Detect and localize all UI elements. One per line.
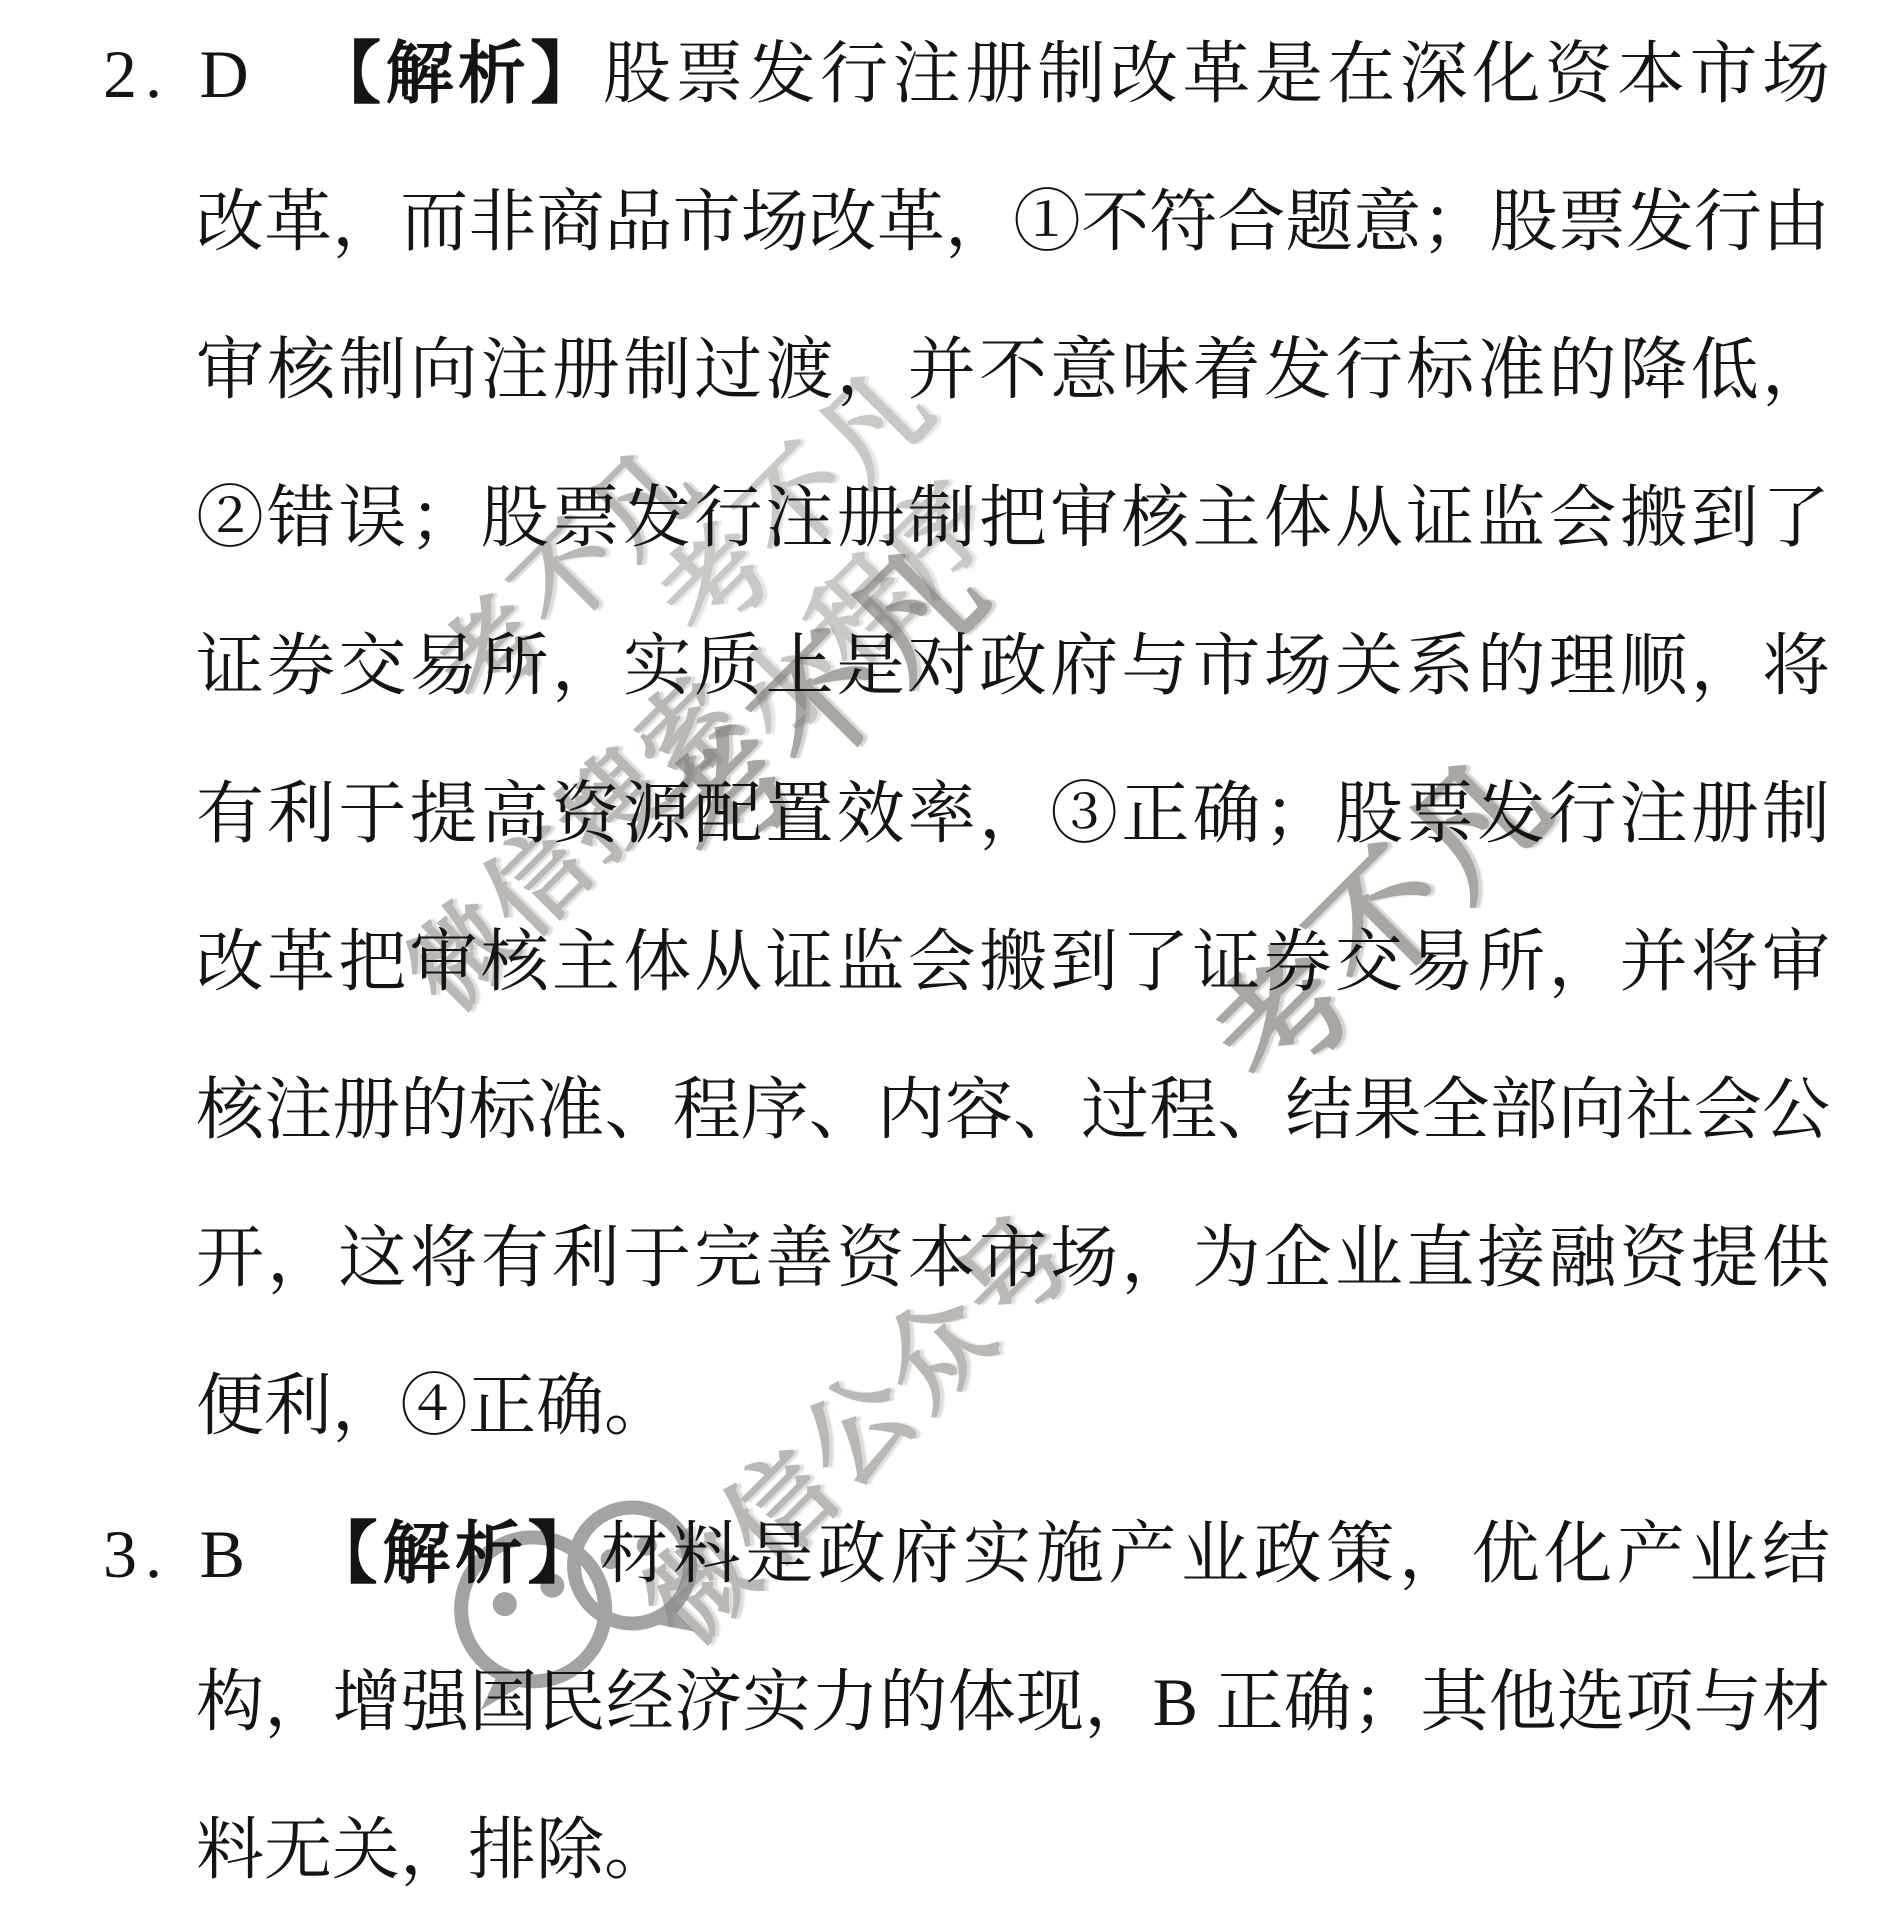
explanation-text: 核注册的标准、程序、内容、过程、结果全部向社会公 xyxy=(196,1072,1830,1148)
explanation-text: 料无关，排除。 xyxy=(196,1812,672,1888)
answer-line: 证券交易所，实质上是对政府与市场关系的理顺，将 xyxy=(196,592,1830,740)
question-number-and-answer: 3. B xyxy=(103,1516,253,1592)
answer-line: ②错误；股票发行注册制把审核主体从证监会搬到了 xyxy=(196,444,1830,592)
explanation-text: 构，增强国民经济实力的体现，B 正确；其他选项与材 xyxy=(196,1664,1830,1740)
answer-sheet-page: 考不凡 考不凡 考不凡 微信搜索 小程序 考不凡 微信公众号 2. D【解析 xyxy=(0,0,1878,1916)
explanation-text: 材料是政府实施产业政策，优化产业结 xyxy=(600,1516,1830,1592)
answer-line: 核注册的标准、程序、内容、过程、结果全部向社会公 xyxy=(196,1036,1830,1184)
answer-line: 开，这将有利于完善资本市场，为企业直接融资提供 xyxy=(196,1184,1830,1332)
explanation-text: 有利于提高资源配置效率，③正确；股票发行注册制 xyxy=(196,776,1830,852)
answer-line: 改革把审核主体从证监会搬到了证券交易所，并将审 xyxy=(196,888,1830,1036)
answer-line-q3-first: 3. B【解析】材料是政府实施产业政策，优化产业结 xyxy=(103,1480,1830,1628)
explanation-text: 便利，④正确。 xyxy=(196,1368,672,1444)
explanation-text: ②错误；股票发行注册制把审核主体从证监会搬到了 xyxy=(196,480,1830,556)
explanation-text: 证券交易所，实质上是对政府与市场关系的理顺，将 xyxy=(196,628,1830,704)
explanation-text: 改革，而非商品市场改革，①不符合题意；股票发行由 xyxy=(196,184,1830,260)
answer-line-q2-last: 便利，④正确。 xyxy=(196,1332,1830,1480)
answer-line-q2-first: 2. D【解析】股票发行注册制改革是在深化资本市场 xyxy=(103,0,1830,148)
analysis-tag: 【解析】 xyxy=(309,36,603,112)
explanation-text: 审核制向注册制过渡，并不意味着发行标准的降低， xyxy=(196,332,1830,408)
explanation-text: 开，这将有利于完善资本市场，为企业直接融资提供 xyxy=(196,1220,1830,1296)
explanation-text: 股票发行注册制改革是在深化资本市场 xyxy=(603,36,1830,112)
question-number-and-answer: 2. D xyxy=(103,36,257,112)
answer-line: 有利于提高资源配置效率，③正确；股票发行注册制 xyxy=(196,740,1830,888)
analysis-tag: 【解析】 xyxy=(305,1516,600,1592)
answer-line: 构，增强国民经济实力的体现，B 正确；其他选项与材 xyxy=(196,1628,1830,1776)
explanation-text: 改革把审核主体从证监会搬到了证券交易所，并将审 xyxy=(196,924,1830,1000)
answer-line: 改革，而非商品市场改革，①不符合题意；股票发行由 xyxy=(196,148,1830,296)
answer-line: 审核制向注册制过渡，并不意味着发行标准的降低， xyxy=(196,296,1830,444)
answer-line-q3-last: 料无关，排除。 xyxy=(196,1776,1830,1916)
answer-text-column: 2. D【解析】股票发行注册制改革是在深化资本市场 改革，而非商品市场改革，①不… xyxy=(196,0,1830,1916)
